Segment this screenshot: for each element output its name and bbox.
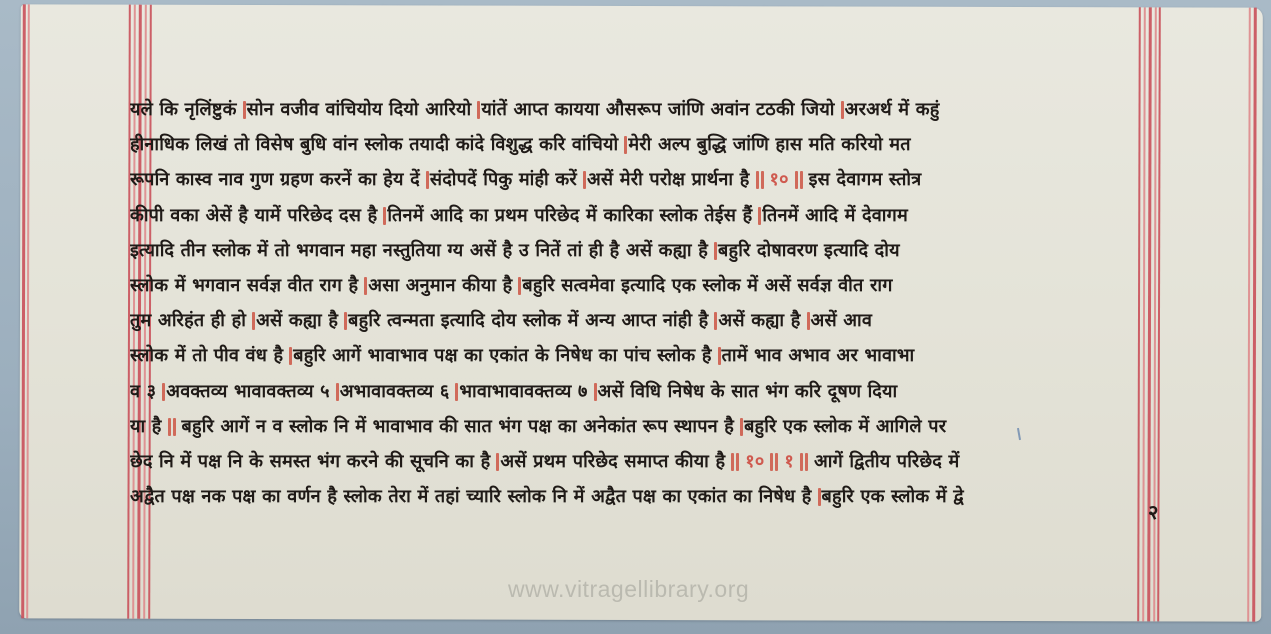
text-segment: सोन वजीव वांचियोय दियो आरियो [247, 99, 472, 120]
right-inner-rule-5 [1157, 7, 1161, 621]
right-inner-rule-2 [1142, 7, 1146, 621]
left-outer-rule-light [26, 4, 30, 618]
red-danda-mark [383, 207, 386, 225]
right-inner-rule-3 [1147, 7, 1152, 621]
right-inner-rule-4 [1153, 7, 1157, 621]
text-segment: असें आव [811, 310, 873, 331]
red-danda-mark [336, 383, 339, 401]
text-segment: मेरी अल्प बुद्धि जांणि हास मति करियो मत [628, 134, 910, 155]
text-segment: आगें द्वितीय परिछेद में [814, 451, 960, 472]
left-outer-rule [21, 4, 26, 618]
text-segment: व ३ [130, 381, 156, 402]
text-segment: बहुरि एक स्लोक में द्वे [822, 486, 964, 507]
red-danda-mark [714, 312, 717, 330]
folio-number: २ [1148, 498, 1158, 525]
watermark: www.vitragellibrary.org [508, 576, 749, 603]
text-segment: इस देवागम स्तोत्र [809, 169, 922, 190]
manuscript-line: अद्वैत पक्ष नक पक्ष का वर्णन है स्लोक ते… [130, 479, 1132, 514]
red-danda-mark [718, 347, 721, 365]
text-segment: यले कि नृलिंष्टुकं [130, 99, 237, 120]
manuscript-line: यले कि नृलिंष्टुकंसोन वजीव वांचियोय दियो… [130, 92, 1132, 127]
text-segment: असें विधि निषेध के सात भंग करि दूषण दिया [598, 381, 898, 402]
red-danda-mark [455, 383, 458, 401]
red-danda-mark [758, 207, 761, 225]
text-segment: असें कह्या है [718, 310, 800, 331]
text-segment: भावाभावावक्तव्य ७ [459, 381, 587, 402]
text-segment: बहुरि त्वन्मता इत्यादि दोय स्लोक में अन्… [348, 310, 708, 331]
red-danda-mark [364, 277, 367, 295]
red-danda-mark [756, 171, 759, 189]
text-segment: अरअर्थ में कहुं [845, 99, 940, 120]
manuscript-line: स्लोक में भगवान सर्वज्ञ वीत राग हैअसा अन… [130, 268, 1132, 303]
text-segment: यांतें आप्त कायया औसरूप जांणि अवांन टठकी… [481, 99, 834, 120]
right-inner-rule-1 [1137, 7, 1141, 621]
text-segment: स्लोक में तो पीव वंध है [130, 345, 283, 366]
red-danda-mark [496, 453, 499, 471]
verse-number: १ [784, 451, 794, 472]
red-danda-mark [800, 171, 803, 189]
manuscript-line: कीपी वका अेसें है यामें परिछेद दस हैतिनम… [130, 198, 1132, 233]
red-danda-mark [775, 453, 778, 471]
text-segment: बहुरि दोषावरण इत्यादि दोय [718, 240, 900, 261]
text-segment: छेद नि में पक्ष नि के समस्त भंग करने की … [130, 451, 490, 472]
text-segment: तिनमें आदि में देवागम [762, 205, 908, 226]
manuscript-line: रूपनि कास्व नाव गुण ग्रहण करनें का हेय द… [130, 162, 1132, 197]
text-segment: स्लोक में भगवान सर्वज्ञ वीत राग है [130, 275, 358, 296]
text-segment: संदोपदें पिकु मांही करें [430, 169, 577, 190]
red-danda-mark [795, 171, 798, 189]
red-danda-mark [518, 277, 521, 295]
manuscript-line: तुम अरिहंत ही होअसें कह्या हैबहुरि त्वन्… [130, 303, 1132, 338]
red-danda-mark [770, 453, 773, 471]
red-danda-mark [841, 101, 844, 119]
text-segment: बहुरि सत्वमेवा इत्यादि एक स्लोक में असें… [522, 275, 892, 296]
red-danda-mark [731, 453, 734, 471]
text-segment: तिनमें आदि का प्रथम परिछेद में कारिका स्… [387, 205, 752, 226]
text-segment: कीपी वका अेसें है यामें परिछेद दस है [130, 205, 377, 226]
red-danda-mark [162, 383, 165, 401]
manuscript-line: इत्यादि तीन स्लोक में तो भगवान महा नस्तु… [130, 233, 1132, 268]
text-segment: हीनाधिक लिखं तो विसेष बुधि वांन स्लोक तय… [130, 134, 618, 155]
manuscript-line: या हैबहुरि आगें न व स्लोक नि में भावाभाव… [130, 409, 1132, 444]
text-segment: अभावावक्तव्य ६ [340, 381, 450, 402]
red-danda-mark [807, 312, 810, 330]
red-danda-mark [344, 312, 347, 330]
text-segment: बहुरि आगें न व स्लोक नि में भावाभाव की स… [182, 416, 735, 437]
red-danda-mark [714, 242, 717, 260]
text-segment: बहुरि एक स्लोक में आगिले पर [744, 416, 946, 437]
text-segment: असा अनुमान कीया है [368, 275, 512, 296]
red-danda-mark [740, 418, 743, 436]
manuscript-line: व ३अवक्तव्य भावावक्तव्य ५अभावावक्तव्य ६भ… [130, 374, 1132, 409]
red-danda-mark [426, 171, 429, 189]
manuscript-line: हीनाधिक लिखं तो विसेष बुधि वांन स्लोक तय… [130, 127, 1132, 162]
red-danda-mark [168, 418, 171, 436]
text-segment: असें प्रथम परिछेद समाप्त कीया है [500, 451, 725, 472]
red-danda-mark [594, 383, 597, 401]
text-segment: असें कह्या है [256, 310, 338, 331]
verse-number: १० [745, 451, 764, 472]
red-danda-mark [583, 171, 586, 189]
text-segment: तुम अरिहंत ही हो [130, 310, 246, 331]
text-segment: बहुरि आगें भावाभाव पक्ष का एकांत के निषे… [293, 345, 711, 366]
text-segment: या है [130, 416, 162, 437]
red-danda-mark [289, 347, 292, 365]
red-danda-mark [805, 453, 808, 471]
red-danda-mark [624, 136, 627, 154]
text-segment: अद्वैत पक्ष नक पक्ष का वर्णन है स्लोक ते… [130, 486, 812, 507]
red-danda-mark [173, 418, 176, 436]
red-danda-mark [818, 488, 821, 506]
text-segment: रूपनि कास्व नाव गुण ग्रहण करनें का हेय द… [130, 169, 420, 190]
red-danda-mark [477, 101, 480, 119]
text-segment: असें मेरी परोक्ष प्रार्थना है [587, 169, 750, 190]
text-segment: तामें भाव अभाव अर भावाभा [722, 345, 915, 366]
red-danda-mark [761, 171, 764, 189]
text-segment: अवक्तव्य भावावक्तव्य ५ [166, 381, 329, 402]
right-outer-rule-light [1247, 8, 1251, 622]
text-segment: इत्यादि तीन स्लोक में तो भगवान महा नस्तु… [130, 240, 708, 261]
red-danda-mark [252, 312, 255, 330]
red-danda-mark [243, 101, 246, 119]
right-outer-rule [1252, 8, 1257, 622]
red-danda-mark [800, 453, 803, 471]
manuscript-line: छेद नि में पक्ष नि के समस्त भंग करने की … [130, 444, 1132, 479]
red-danda-mark [736, 453, 739, 471]
manuscript-text: यले कि नृलिंष्टुकंसोन वजीव वांचियोय दियो… [130, 92, 1132, 514]
verse-number: १० [770, 169, 789, 190]
manuscript-line: स्लोक में तो पीव वंध हैबहुरि आगें भावाभा… [130, 338, 1132, 373]
